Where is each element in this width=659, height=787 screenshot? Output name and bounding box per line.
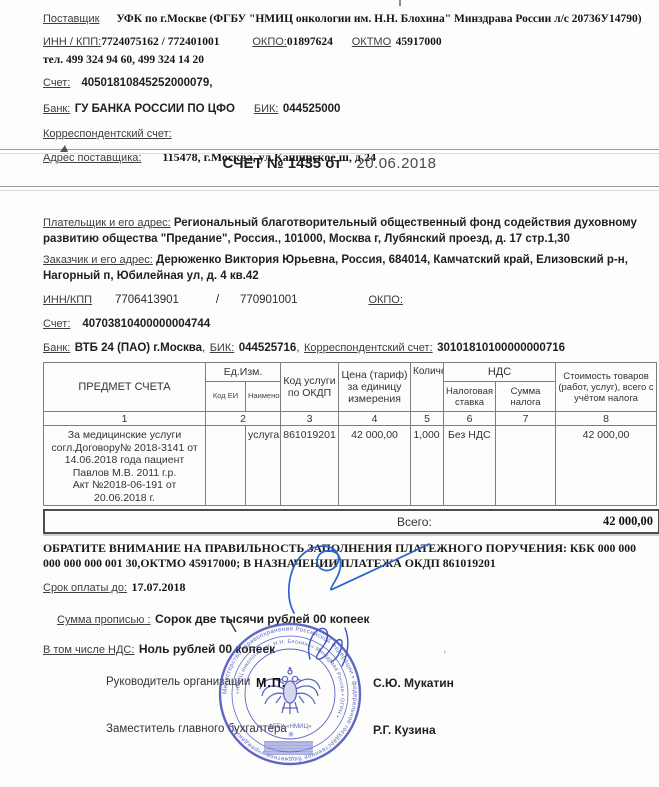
payer-inn-label: ИНН/КПП: [43, 294, 92, 306]
vat-words-line: В том числе НДС: Ноль рублей 00 копеек: [43, 641, 655, 658]
total-row: Всего: 42 000,00: [43, 509, 659, 534]
supplier-bank-line: Банк: ГУ БАНКА РОССИИ ПО ЦФО БИК: 044525…: [43, 100, 655, 117]
item-unit-name: услуга: [246, 426, 281, 506]
stamp-hatched-block: [264, 741, 313, 755]
payer-bank-line: Банк: ВТБ 24 (ПАО) г.Москва, БИК: 044525…: [43, 339, 655, 356]
stamp-place-label: М.П.: [256, 676, 286, 690]
supplier-account-label: Счет:: [43, 77, 70, 89]
customer-label: Заказчик и его адрес:: [43, 254, 153, 266]
col-vat-sum: Сумма налога: [496, 382, 556, 412]
double-headed-eagle-icon: [260, 667, 320, 714]
amount-words-line: Сумма прописью : Сорок две тысячи рублей…: [57, 611, 655, 628]
scan-artifact: [399, 0, 401, 6]
amount-words: Сорок две тысячи рублей 00 копеек: [155, 612, 370, 626]
col-total: Стоимость товаров (работ, услуг), всего …: [556, 363, 657, 412]
col-unit-name: Наименование: [246, 382, 281, 412]
stamp-hatch-lines: [264, 744, 313, 753]
payer-bank: ВТБ 24 (ПАО) г.Москва: [75, 342, 202, 354]
supplier-inn-label: ИНН / КПП:: [43, 36, 101, 48]
supplier-phone: тел. 499 324 94 60, 499 324 14 20: [43, 54, 204, 66]
col-number: 6: [444, 412, 496, 426]
divider-title: [0, 186, 659, 191]
col-number: 7: [496, 412, 556, 426]
vat-words-label: В том числе НДС:: [43, 644, 134, 656]
col-vat-rate: Налоговая ставка: [444, 382, 496, 412]
payer-kpp: 770901001: [240, 294, 298, 306]
payer-account-label: Счет:: [43, 318, 70, 330]
item-total: 42 000,00: [556, 426, 657, 506]
supplier-line: Поставщик УФК по г.Москве (ФГБУ "НМИЦ он…: [43, 10, 655, 27]
vat-words: Ноль рублей 00 копеек: [139, 642, 275, 656]
supplier-inn-kpp: 7724075162 / 772401001: [101, 36, 219, 48]
item-service-code: 861019201: [281, 426, 339, 506]
payer-corr-label: Корреспондентский счет:: [304, 342, 433, 354]
accountant-signature-row: Заместитель главного бухгалтера Р.Г. Куз…: [43, 723, 655, 737]
payer-account: 40703810400000004744: [82, 318, 210, 330]
supplier-account-line: Счет: 40501810845252000079,: [43, 74, 655, 91]
scan-artifact: ,: [443, 641, 446, 655]
accountant-name: Р.Г. Кузина: [373, 723, 436, 737]
comma: ,: [202, 342, 205, 354]
col-vat: НДС: [444, 363, 556, 382]
col-number: 2: [206, 412, 281, 426]
item-price: 42 000,00: [339, 426, 411, 506]
total-label: Всего:: [397, 515, 432, 529]
col-unit: Ед.Изм.: [206, 363, 281, 382]
supplier-oktmo: 45917000: [396, 36, 442, 48]
col-qty: Количество: [411, 363, 444, 412]
total-value: 42 000,00: [603, 514, 658, 529]
payer-inn: 7706413901: [115, 294, 179, 306]
col-number: 5: [411, 412, 444, 426]
payer-inn-line: ИНН/КПП 7706413901 / 770901001 ОКПО:: [43, 291, 655, 308]
payer-label: Плательщик и его адрес:: [43, 217, 171, 229]
payer-bik-label: БИК:: [210, 342, 235, 354]
amount-words-label: Сумма прописью :: [57, 614, 151, 626]
payer-corr: 30101810100000000716: [437, 342, 565, 354]
supplier-corr-line: Корреспондентский счет:: [43, 125, 655, 142]
supplier-account: 40501810845252000079,: [81, 77, 212, 89]
item-qty: 1,000: [411, 426, 444, 506]
payment-notice: ОБРАТИТЕ ВНИМАНИЕ НА ПРАВИЛЬНОСТЬ ЗАПОЛН…: [43, 541, 655, 571]
divider-top: [0, 149, 659, 154]
supplier-bik: 044525000: [283, 103, 341, 115]
supplier-bik-label: БИК:: [254, 103, 279, 115]
supplier-phone-line: тел. 499 324 94 60, 499 324 14 20: [43, 51, 655, 68]
customer-line: Заказчик и его адрес: Дерюженко Виктория…: [43, 252, 655, 284]
accountant-label: Заместитель главного бухгалтера: [106, 723, 338, 735]
supplier-bank: ГУ БАНКА РОССИИ ПО ЦФО: [75, 103, 235, 115]
supplier-label: Поставщик: [43, 13, 99, 25]
item-unit-code: [206, 426, 246, 506]
director-name: С.Ю. Мукатин: [373, 676, 454, 690]
invoice-title: СЧЕТ № 1435 от 20.06.2018: [0, 155, 659, 173]
supplier-oktmo-label: ОКТМО: [352, 36, 391, 48]
col-price: Цена (тариф) за единицу измерения: [339, 363, 411, 412]
item-vat-rate: Без НДС: [444, 426, 496, 506]
payer-okpo-label: ОКПО:: [368, 294, 402, 306]
col-unit-code: Код ЕИ: [206, 382, 246, 412]
payer-account-line: Счет: 40703810400000004744: [43, 315, 655, 332]
col-number: 1: [44, 412, 206, 426]
supplier-name: УФК по г.Москве (ФГБУ "НМИЦ онкологии им…: [116, 13, 641, 25]
payer-bank-label: Банк:: [43, 342, 70, 354]
payer-line: Плательщик и его адрес: Региональный бла…: [43, 215, 655, 247]
item-subject: За медицинские услуги согл.Договору№ 201…: [44, 426, 206, 506]
col-number: 8: [556, 412, 657, 426]
item-row: За медицинские услуги согл.Договору№ 201…: [44, 426, 657, 506]
col-subject: ПРЕДМЕТ СЧЕТА: [44, 363, 206, 412]
comma: ,: [296, 342, 299, 354]
due-label: Срок оплаты до:: [43, 582, 127, 594]
payer-bik: 044525716: [239, 342, 297, 354]
items-table: ПРЕДМЕТ СЧЕТА Ед.Изм. Код услуги по ОКДП…: [43, 362, 657, 506]
due-line: Срок оплаты до: 17.07.2018: [43, 579, 655, 596]
due-date: 17.07.2018: [131, 580, 185, 594]
column-number-row: 1 2 3 4 5 6 7 8: [44, 412, 657, 426]
supplier-corr-label: Корреспондентский счет:: [43, 128, 172, 140]
invoice-date: 20.06.2018: [356, 155, 436, 172]
director-label: Руководитель организации: [106, 676, 338, 688]
supplier-bank-label: Банк:: [43, 103, 70, 115]
supplier-inn-line: ИНН / КПП:7724075162 / 772401001 ОКПО:01…: [43, 33, 655, 50]
invoice-document: Поставщик УФК по г.Москве (ФГБУ "НМИЦ он…: [0, 0, 659, 787]
supplier-okpo: 01897624: [287, 36, 333, 48]
col-number: 3: [281, 412, 339, 426]
payer-slash: /: [216, 294, 219, 306]
item-vat-sum: [496, 426, 556, 506]
col-service-code: Код услуги по ОКДП: [281, 363, 339, 412]
invoice-title-text: СЧЕТ № 1435 от: [223, 155, 342, 172]
supplier-okpo-label: ОКПО:: [252, 36, 286, 48]
col-number: 4: [339, 412, 411, 426]
director-signature-row: Руководитель организации С.Ю. Мукатин: [43, 676, 655, 690]
